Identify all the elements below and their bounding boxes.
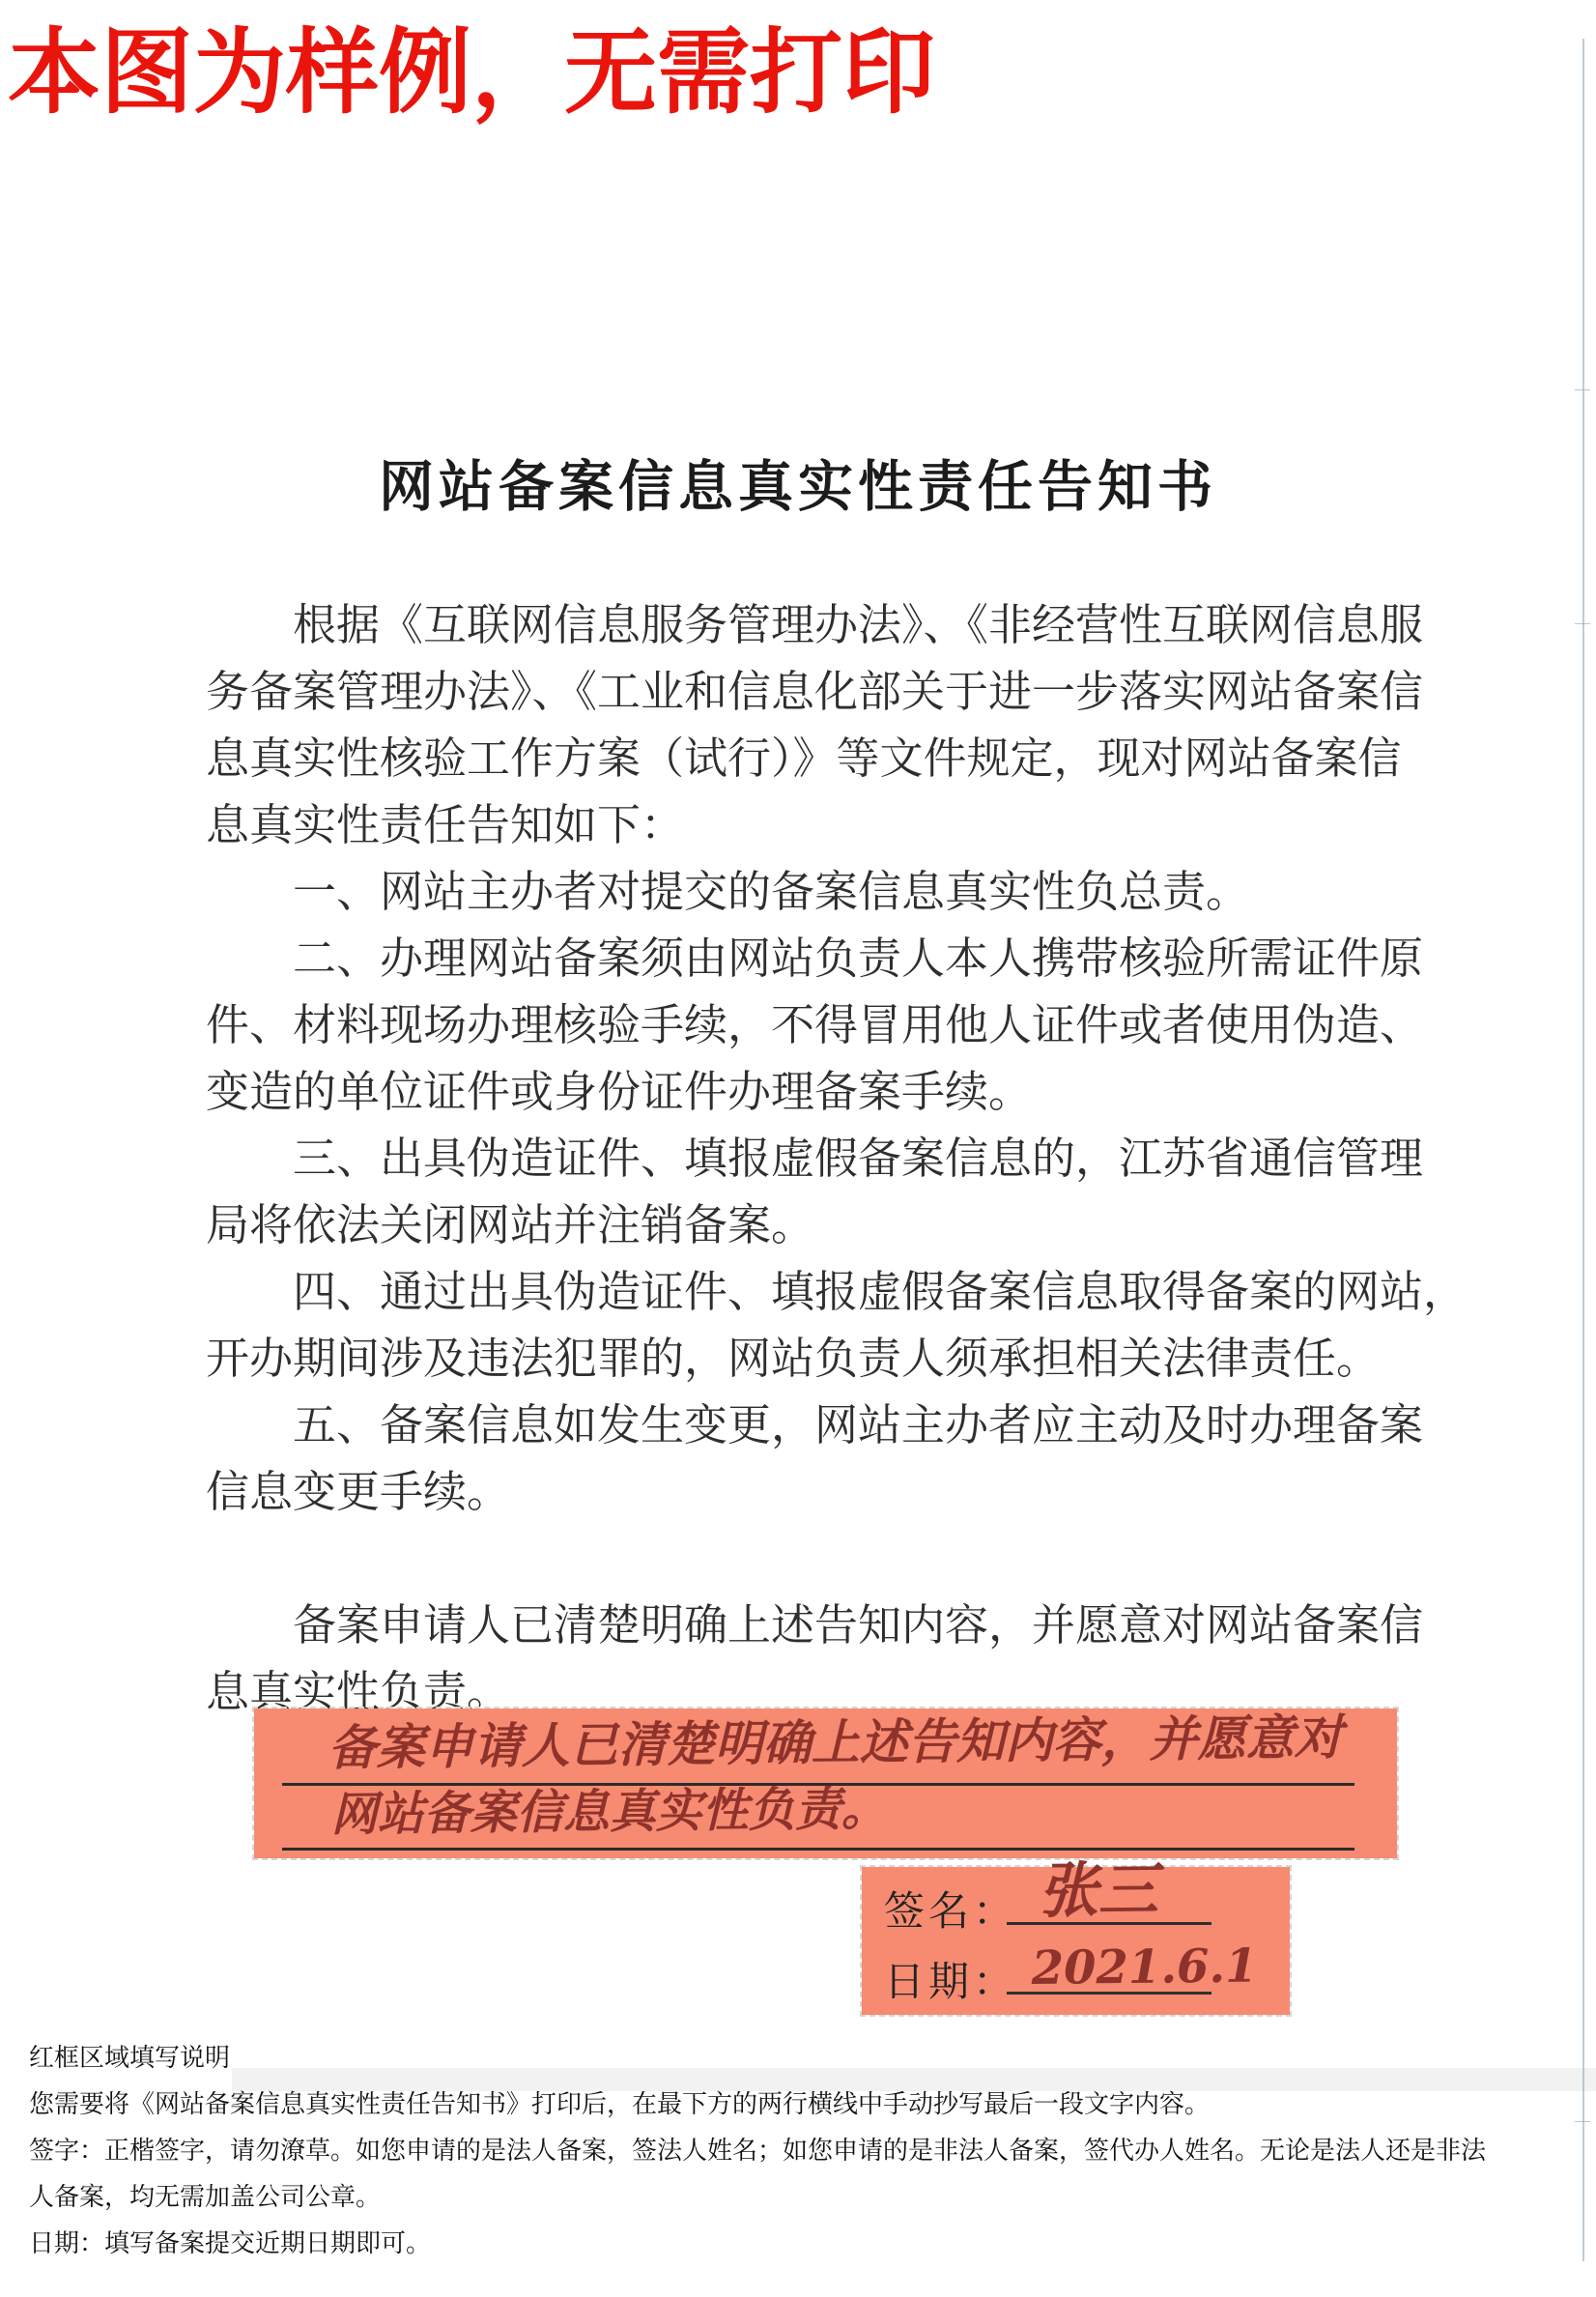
scan-artifact-tick	[1575, 2121, 1590, 2122]
document-body-line: 变造的单位证件或身份证件办理备案手续。	[206, 1059, 1433, 1126]
document-body-line: 备案申请人已清楚明确上述告知内容，并愿意对网站备案信	[206, 1593, 1433, 1659]
handwritten-signature: 张三	[1038, 1856, 1158, 1925]
document-body-line: 件、材料现场办理核验手续，不得冒用他人证件或者使用伪造、	[206, 992, 1433, 1059]
scan-artifact-tick	[1575, 623, 1590, 624]
scanned-document-page: 本图为样例，无需打印 网站备案信息真实性责任告知书 根据《互联网信息服务管理办法…	[0, 0, 1596, 2297]
document-body-line: 三、出具伪造证件、填报虚假备案信息的，江苏省通信管理	[206, 1126, 1433, 1192]
date-rule-line	[1007, 1992, 1211, 1995]
document-body-line: 四、通过出具伪造证件、填报虚假备案信息取得备案的网站，	[206, 1259, 1433, 1326]
document-body-line: 息真实性核验工作方案（试行）》等文件规定，现对网站备案信	[206, 726, 1433, 792]
fill-in-instructions: 红框区域填写说明您需要将《网站备案信息真实性责任告知书》打印后，在最下方的两行横…	[29, 2034, 1486, 2266]
document-body-line: 务备案管理办法》、《工业和信息化部关于进一步落实网站备案信	[206, 659, 1433, 726]
document-body-line: 二、办理网站备案须由网站负责人本人携带核验所需证件原	[206, 926, 1433, 992]
document-body-line: 开办期间涉及违法犯罪的，网站负责人须承担相关法律责任。	[206, 1326, 1433, 1393]
sample-watermark-text: 本图为样例，无需打印	[8, 17, 935, 129]
scan-artifact-tick	[1575, 389, 1590, 390]
handwritten-date: 2021.6.1	[1031, 1938, 1257, 1996]
document-body: 根据《互联网信息服务管理办法》、《非经营性互联网信息服务备案管理办法》、《工业和…	[206, 592, 1433, 1726]
document-body-line: 根据《互联网信息服务管理办法》、《非经营性互联网信息服	[206, 592, 1433, 659]
instruction-line: 您需要将《网站备案信息真实性责任告知书》打印后，在最下方的两行横线中手动抄写最后…	[29, 2081, 1486, 2127]
signature-label: 签名：	[884, 1880, 1017, 1938]
instruction-line: 人备案，均无需加盖公司公章。	[29, 2173, 1486, 2220]
document-body-line: 信息变更手续。	[206, 1459, 1433, 1526]
signature-rule-line	[1007, 1922, 1211, 1925]
document-body-line	[206, 1526, 1433, 1593]
handwriting-rule-line-2	[282, 1848, 1354, 1851]
date-label: 日期：	[884, 1950, 1017, 2008]
handwritten-copy-line-1: 备案申请人已清楚明确上述告知内容，并愿意对	[328, 1708, 1343, 1778]
instruction-line: 签字：正楷签字，请勿潦草。如您申请的是法人备案，签法人姓名；如您申请的是非法人备…	[29, 2127, 1486, 2173]
document-body-line: 息真实性责任告知如下：	[206, 792, 1433, 859]
signature-date-highlight-area: 签名： 张三 日期： 2021.6.1	[862, 1867, 1290, 2015]
instruction-line: 日期：填写备案提交近期日期即可。	[29, 2220, 1486, 2266]
document-title: 网站备案信息真实性责任告知书	[0, 443, 1596, 522]
instruction-line: 红框区域填写说明	[29, 2034, 1486, 2081]
document-body-line: 五、备案信息如发生变更，网站主办者应主动及时办理备案	[206, 1393, 1433, 1459]
document-body-line: 局将依法关闭网站并注销备案。	[206, 1192, 1433, 1259]
handwritten-copy-line-2: 网站备案信息真实性负责。	[330, 1780, 888, 1844]
document-body-line: 一、网站主办者对提交的备案信息真实性负总责。	[206, 859, 1433, 926]
scan-artifact-line	[1582, 39, 1584, 2261]
handwritten-copy-highlight-area: 备案申请人已清楚明确上述告知内容，并愿意对 网站备案信息真实性负责。	[254, 1708, 1397, 1858]
